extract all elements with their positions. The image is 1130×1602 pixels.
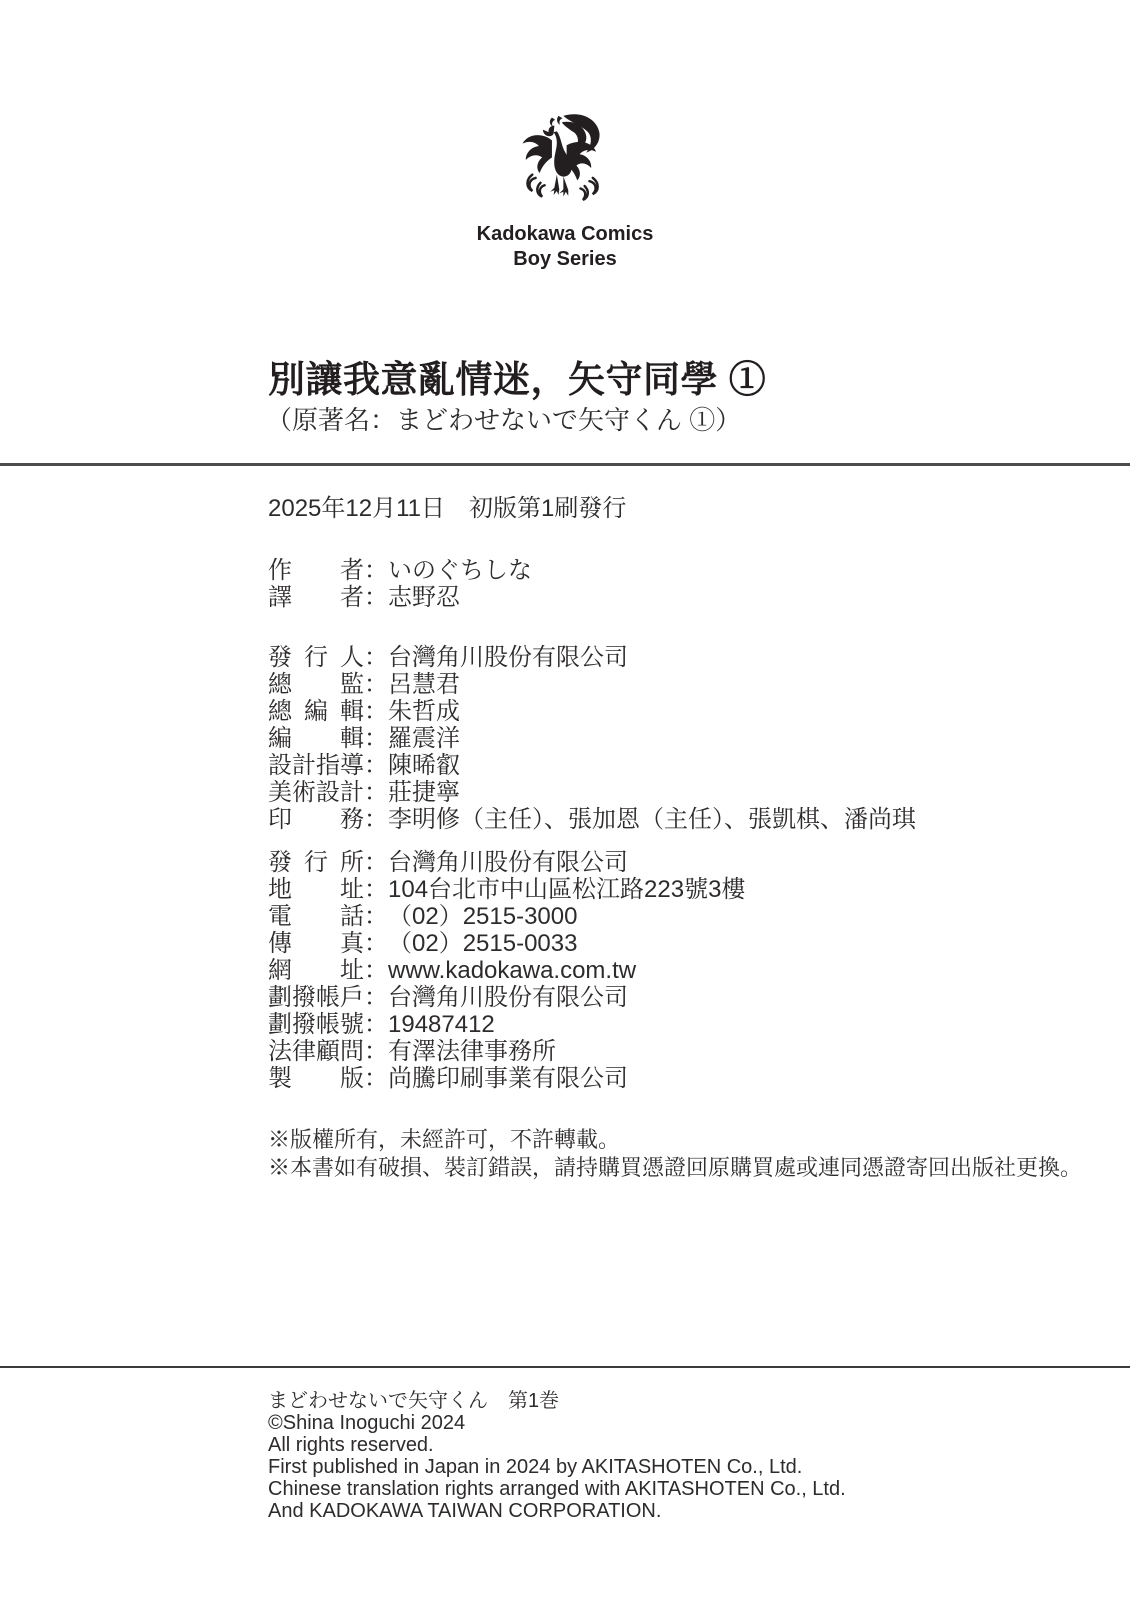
credit-value: 台灣角川股份有限公司: [388, 849, 628, 876]
credit-row: 總編輯：朱哲成: [268, 698, 916, 725]
credit-value: 尚騰印刷事業有限公司: [388, 1065, 628, 1092]
credit-label: 譯者: [268, 584, 364, 611]
credits-author-block: 作者：いのぐちしな 譯者：志野忍: [268, 557, 532, 611]
credit-colon: ：: [364, 930, 388, 957]
credit-colon: ：: [364, 725, 388, 752]
credit-value: 呂慧君: [388, 671, 460, 698]
credit-colon: ：: [364, 1011, 388, 1038]
credit-label: 劃撥帳戶: [268, 984, 364, 1011]
original-series-line: まどわせないで矢守くん 第1巻: [268, 1390, 846, 1412]
credit-colon: ：: [364, 1038, 388, 1065]
first-published-line: First published in Japan in 2024 by AKIT…: [268, 1456, 846, 1478]
credit-value: 李明修（主任）、張加恩（主任）、張凱棋、潘尚琪: [388, 806, 916, 833]
copyright-line: ©Shina Inoguchi 2024: [268, 1412, 846, 1434]
credit-row: 地址：104台北市中山區松江路223號3樓: [268, 876, 745, 903]
credit-value: 羅震洋: [388, 725, 460, 752]
credit-row: 發行人：台灣角川股份有限公司: [268, 644, 916, 671]
credit-value: 陳晞叡: [388, 752, 460, 779]
credit-colon: ：: [364, 849, 388, 876]
credit-colon: ：: [364, 779, 388, 806]
credit-value: www.kadokawa.com.tw: [388, 957, 636, 984]
credit-row: 劃撥帳號：19487412: [268, 1011, 745, 1038]
credit-row: 總監：呂慧君: [268, 671, 916, 698]
credit-row: 製版：尚騰印刷事業有限公司: [268, 1065, 745, 1092]
credit-row: 編輯：羅震洋: [268, 725, 916, 752]
phoenix-icon: [516, 110, 614, 218]
credit-row: 傳真：（02）2515-0033: [268, 930, 745, 957]
original-title: （原著名：まどわせないで矢守くん ①）: [266, 400, 741, 437]
credit-colon: ：: [364, 584, 388, 611]
credit-colon: ：: [364, 1065, 388, 1092]
credit-label: 製版: [268, 1065, 364, 1092]
kadokawa-taiwan-line: And KADOKAWA TAIWAN CORPORATION.: [268, 1500, 846, 1522]
credit-row: 電話：（02）2515-3000: [268, 903, 745, 930]
rights-reserved-line: All rights reserved.: [268, 1434, 846, 1456]
credit-colon: ：: [364, 806, 388, 833]
colophon-page: Kadokawa Comics Boy Series 別讓我意亂情迷，矢守同學 …: [0, 0, 1130, 1602]
credit-value: 莊捷寧: [388, 779, 460, 806]
credits-staff-block: 發行人：台灣角川股份有限公司 總監：呂慧君 總編輯：朱哲成 編輯：羅震洋 設計指…: [268, 644, 916, 833]
credit-label: 網址: [268, 957, 364, 984]
credit-label: 地址: [268, 876, 364, 903]
credit-label: 發行人: [268, 644, 364, 671]
credit-row: 美術設計：莊捷寧: [268, 779, 916, 806]
credit-label: 設計指導: [268, 752, 364, 779]
credit-value: 104台北市中山區松江路223號3樓: [388, 876, 745, 903]
credit-label: 發行所: [268, 849, 364, 876]
credit-label: 劃撥帳號: [268, 1011, 364, 1038]
edition-date-line: 2025年12月11日 初版第1刷發行: [268, 488, 626, 523]
credit-value: 朱哲成: [388, 698, 460, 725]
credits-publisher-block: 發行所：台灣角川股份有限公司 地址：104台北市中山區松江路223號3樓 電話：…: [268, 849, 745, 1092]
credit-value: 台灣角川股份有限公司: [388, 644, 628, 671]
credit-value: いのぐちしな: [388, 557, 532, 584]
credit-label: 總監: [268, 671, 364, 698]
divider-top: [0, 463, 1130, 466]
credit-label: 編輯: [268, 725, 364, 752]
credit-value: （02）2515-0033: [388, 930, 577, 957]
publisher-logo: Kadokawa Comics Boy Series: [0, 110, 1130, 272]
credit-label: 作者: [268, 557, 364, 584]
credit-colon: ：: [364, 671, 388, 698]
divider-bottom: [0, 1366, 1130, 1368]
credit-value: 19487412: [388, 1011, 495, 1038]
credit-row: 劃撥帳戶：台灣角川股份有限公司: [268, 984, 745, 1011]
credit-row: 發行所：台灣角川股份有限公司: [268, 849, 745, 876]
damage-exchange-notice: ※本書如有破損、裝訂錯誤，請持購買憑證回原購買處或連同憑證寄回出版社更換。: [268, 1154, 1082, 1182]
credit-row: 印務：李明修（主任）、張加恩（主任）、張凱棋、潘尚琪: [268, 806, 916, 833]
credit-row: 作者：いのぐちしな: [268, 557, 532, 584]
credit-value: 有澤法律事務所: [388, 1038, 556, 1065]
credit-value: 台灣角川股份有限公司: [388, 984, 628, 1011]
credit-label: 總編輯: [268, 698, 364, 725]
credit-value: （02）2515-3000: [388, 903, 577, 930]
credit-colon: ：: [364, 903, 388, 930]
credit-colon: ：: [364, 698, 388, 725]
rights-footer: まどわせないで矢守くん 第1巻 ©Shina Inoguchi 2024 All…: [268, 1390, 846, 1522]
credit-label: 電話: [268, 903, 364, 930]
logo-series-line1: Kadokawa Comics: [0, 222, 1130, 247]
credit-colon: ：: [364, 557, 388, 584]
credit-colon: ：: [364, 957, 388, 984]
credit-label: 美術設計: [268, 779, 364, 806]
credit-row: 網址：www.kadokawa.com.tw: [268, 957, 745, 984]
copyright-notice: ※版權所有，未經許可，不許轉載。: [268, 1126, 1082, 1154]
logo-series-line2: Boy Series: [0, 247, 1130, 272]
credit-colon: ：: [364, 644, 388, 671]
credit-row: 譯者：志野忍: [268, 584, 532, 611]
translation-rights-line: Chinese translation rights arranged with…: [268, 1478, 846, 1500]
credit-row: 法律顧問：有澤法律事務所: [268, 1038, 745, 1065]
credit-label: 傳真: [268, 930, 364, 957]
credit-row: 設計指導：陳晞叡: [268, 752, 916, 779]
credit-colon: ：: [364, 984, 388, 1011]
credit-label: 法律顧問: [268, 1038, 364, 1065]
book-title: 別讓我意亂情迷，矢守同學 ①: [268, 349, 766, 403]
credit-colon: ：: [364, 752, 388, 779]
credit-value: 志野忍: [388, 584, 460, 611]
copyright-notices: ※版權所有，未經許可，不許轉載。 ※本書如有破損、裝訂錯誤，請持購買憑證回原購買…: [268, 1126, 1082, 1182]
credit-colon: ：: [364, 876, 388, 903]
credit-label: 印務: [268, 806, 364, 833]
